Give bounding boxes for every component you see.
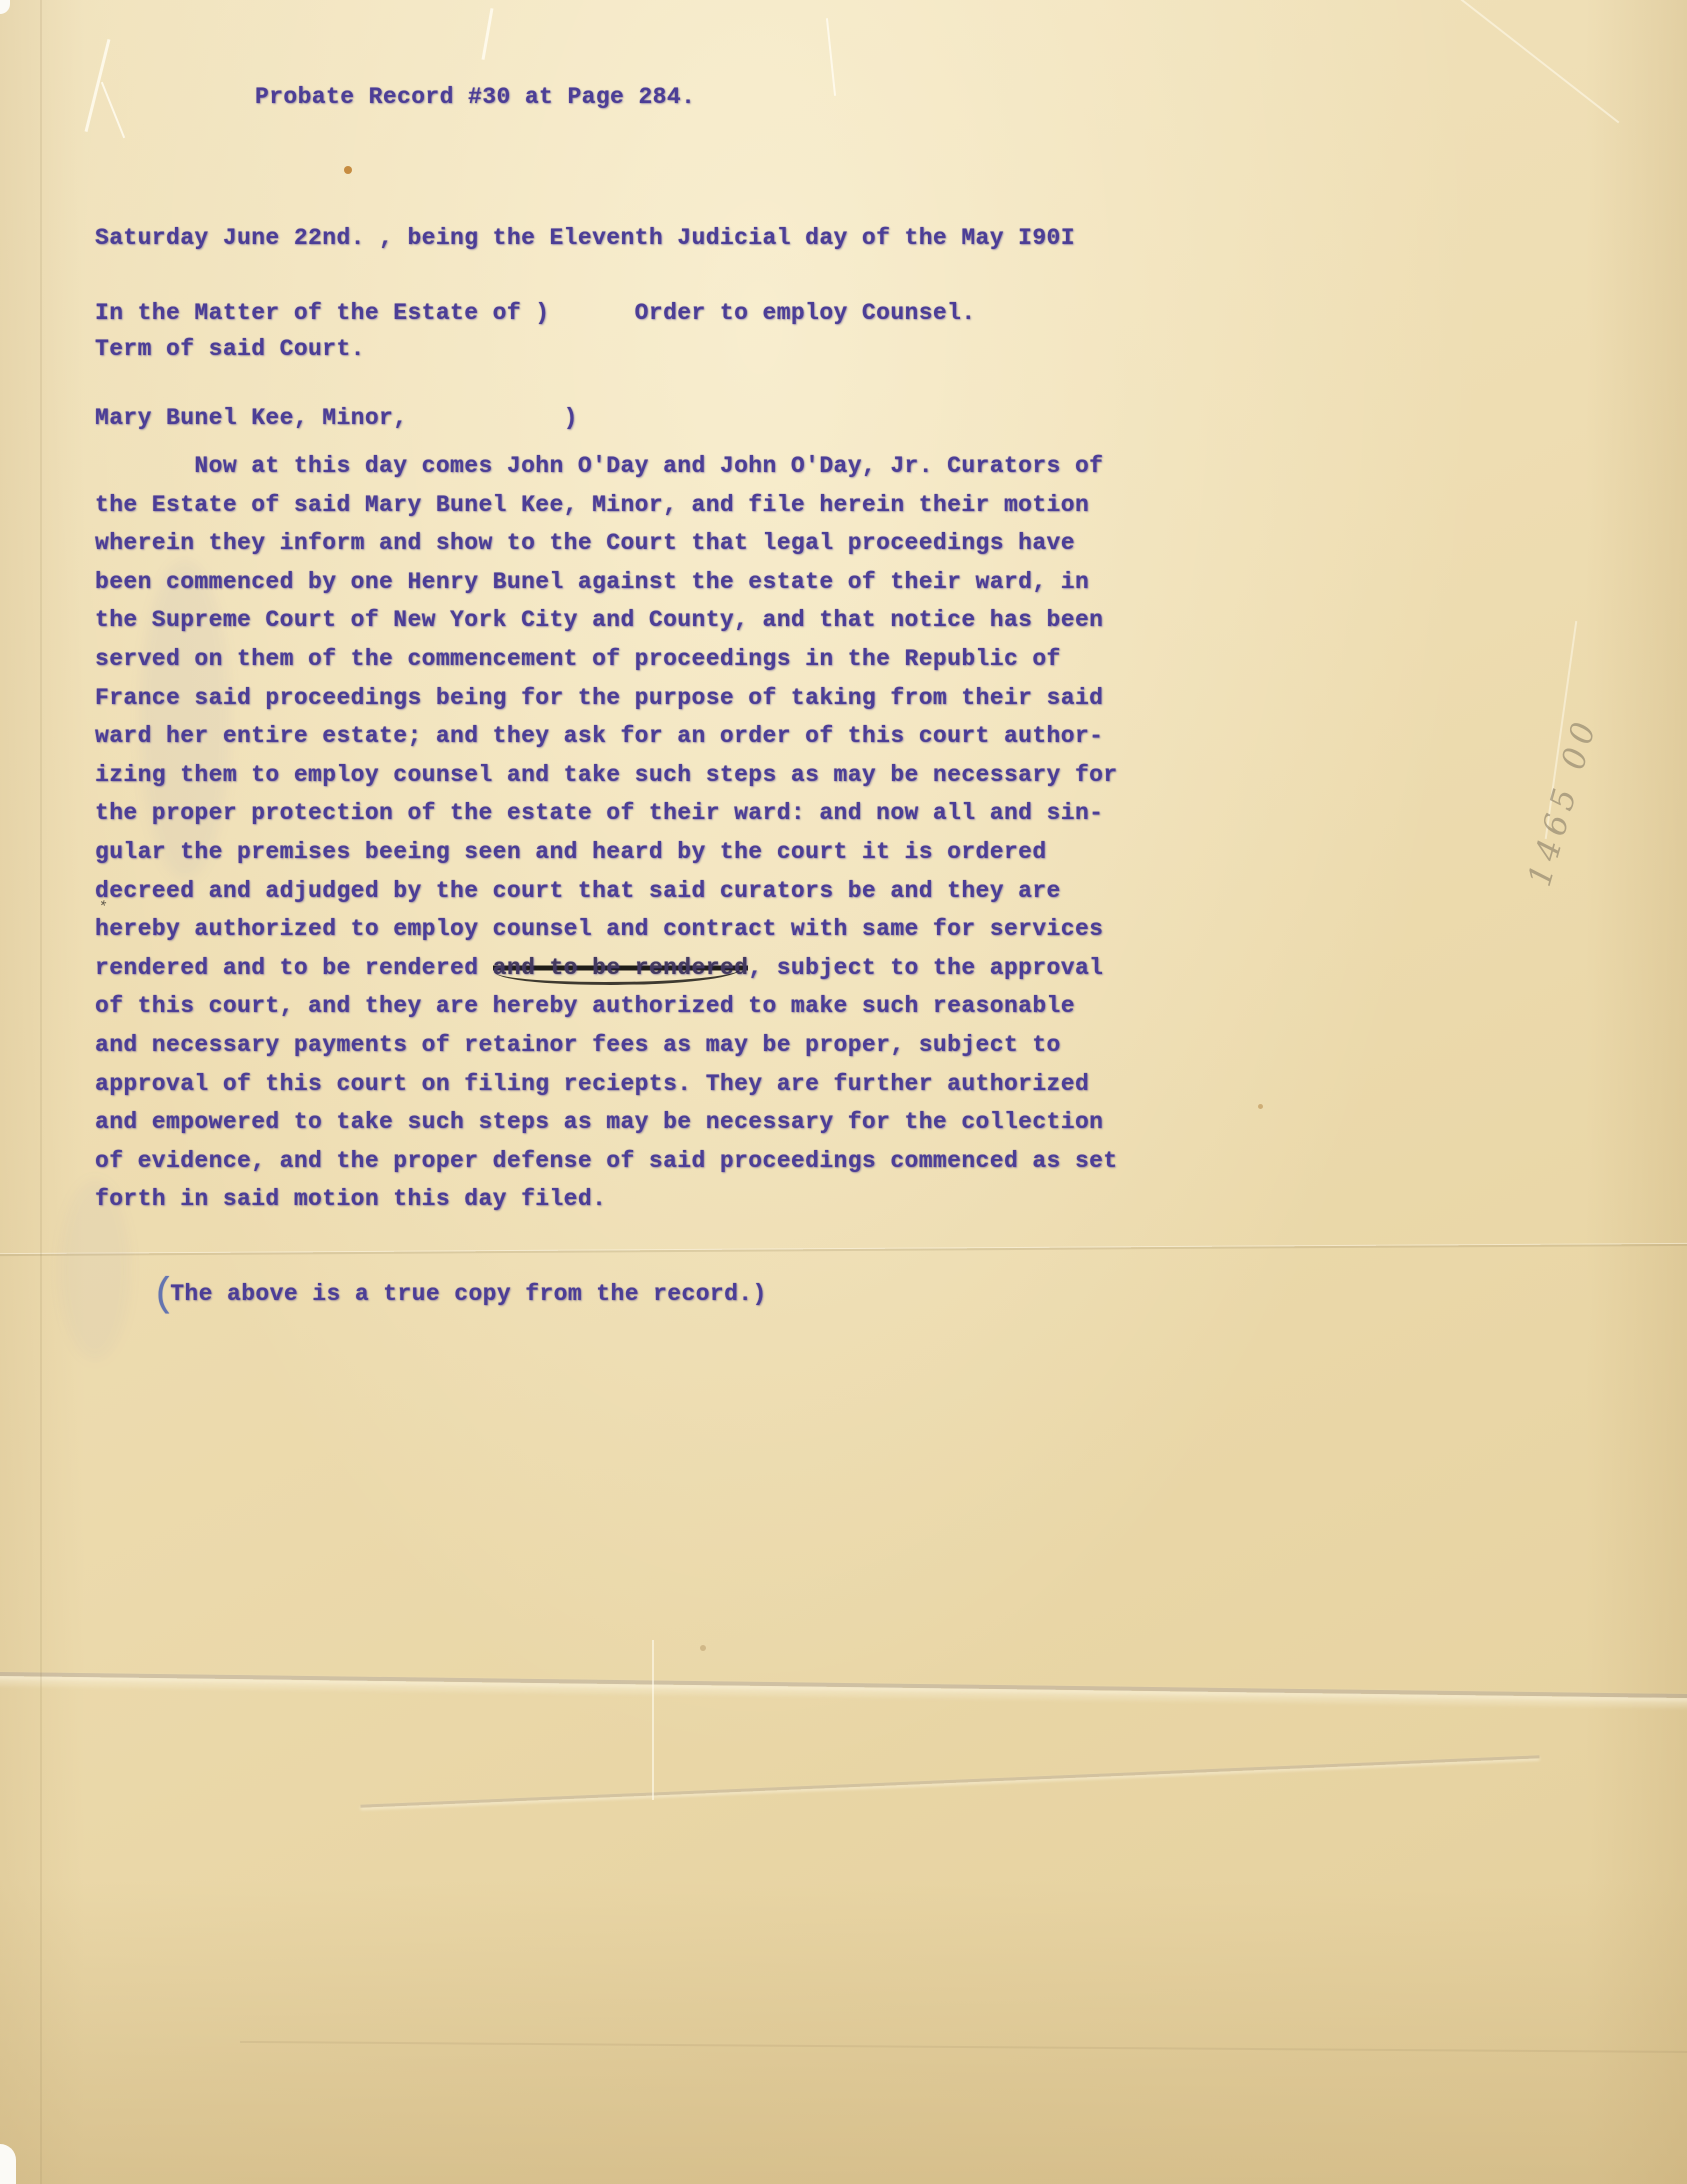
- tear-mark-top-mid: [826, 18, 836, 96]
- body-line: izing them to employ counsel and take su…: [95, 756, 1118, 795]
- fold-crease-main: [0, 1672, 1687, 1699]
- body-paragraph: Now at this day comes John O'Day and Joh…: [95, 447, 1118, 1219]
- struck-out-text: and to be rendered: [493, 955, 749, 981]
- body-line: the proper protection of the estate of t…: [95, 794, 1118, 833]
- handwritten-paren: (: [152, 1273, 176, 1318]
- body-line: Now at this day comes John O'Day and Joh…: [95, 447, 1118, 486]
- body-line: the Supreme Court of New York City and C…: [95, 601, 1118, 640]
- closing-text: The above is a true copy from the record…: [170, 1281, 767, 1307]
- vertical-crease-left: [40, 0, 42, 2184]
- closing-note: (The above is a true copy from the recor…: [95, 1242, 767, 1339]
- vertical-crease-center: [652, 1640, 654, 1800]
- tear-mark-top-left-2: [101, 82, 125, 138]
- body-line: of this court, and they are hereby autho…: [95, 987, 1118, 1026]
- speck-stain-2: [700, 1645, 706, 1651]
- tear-mark-top-left: [85, 39, 111, 132]
- body-line: and necessary payments of retainor fees …: [95, 1026, 1118, 1065]
- document-title: Probate Record #30 at Page 284.: [255, 84, 695, 110]
- body-line: the Estate of said Mary Bunel Kee, Minor…: [95, 486, 1118, 525]
- caption-line: In the Matter of the Estate of ) Order t…: [95, 296, 976, 331]
- wrinkle-top-right: [1461, 0, 1620, 123]
- fold-crease-diagonal: [360, 1755, 1539, 1807]
- page-corner-bottom-left: [0, 2144, 16, 2184]
- body-line: and empowered to take such steps as may …: [95, 1103, 1118, 1142]
- body-line: been commenced by one Henry Bunel agains…: [95, 563, 1118, 602]
- fold-crease-bottom: [240, 2041, 1687, 2053]
- body-line: hereby authorized to employ counsel and …: [95, 910, 1118, 949]
- page-corner-top-left: [0, 0, 10, 14]
- speck-stain-1: [1258, 1104, 1263, 1109]
- body-line: ward her entire estate; and they ask for…: [95, 717, 1118, 756]
- body-line: decreed and adjudged by the court that s…: [95, 872, 1118, 911]
- body-line: rendered and to be rendered and to be re…: [95, 949, 1118, 988]
- caption-line: Mary Bunel Kee, Minor, ): [95, 401, 976, 436]
- body-line: France said proceedings being for the pu…: [95, 679, 1118, 718]
- body-line: of evidence, and the proper defense of s…: [95, 1142, 1118, 1181]
- body-line: wherein they inform and show to the Cour…: [95, 524, 1118, 563]
- body-line: forth in said motion this day filed.: [95, 1180, 1118, 1219]
- aged-paper-page: Probate Record #30 at Page 284. Saturday…: [0, 0, 1687, 2184]
- body-line: approval of this court on filing reciept…: [95, 1065, 1118, 1104]
- body-line: served on them of the commencement of pr…: [95, 640, 1118, 679]
- tear-mark-top-center: [482, 8, 494, 60]
- body-line: gular the premises beeing seen and heard…: [95, 833, 1118, 872]
- margin-pencil-note: 1465 00: [1520, 712, 1605, 890]
